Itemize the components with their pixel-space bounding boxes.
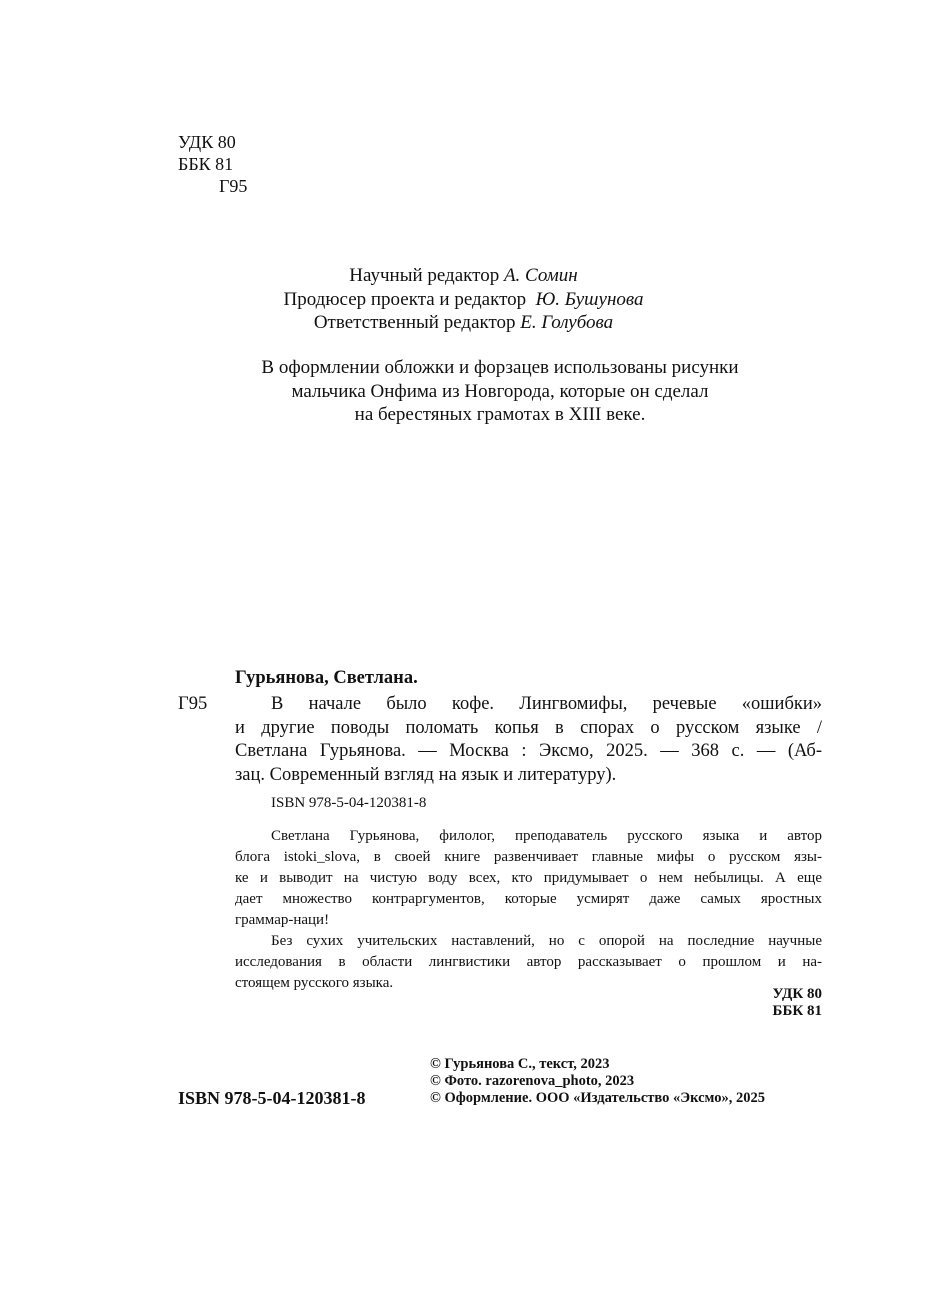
author-heading: Гурьянова, Светлана. xyxy=(235,668,418,689)
credit-role: Продюсер проекта и редактор xyxy=(284,289,536,310)
annotation: Светлана Гурьянова, филолог, преподавате… xyxy=(235,826,822,994)
credit-line: Ответственный редактор Е. Голубова xyxy=(0,311,927,335)
credit-role: Ответственный редактор xyxy=(314,312,520,333)
copyright-line: © Оформление. ООО «Издательство «Эксмо»,… xyxy=(430,1090,765,1107)
biblio-line: и другие поводы поломать копья в спорах … xyxy=(235,717,822,741)
editorial-credits: Научный редактор А. Сомин Продюсер проек… xyxy=(0,264,927,335)
cover-note-line: мальчика Онфима из Новгорода, которые он… xyxy=(0,380,927,404)
biblio-line: В начале было кофе. Лингвомифы, речевые … xyxy=(235,693,822,717)
credit-line: Научный редактор А. Сомин xyxy=(0,264,927,288)
annotation-line: граммар-наци! xyxy=(235,910,822,931)
annotation-line: ке и выводит на чистую воду всех, кто пр… xyxy=(235,868,822,889)
credit-name: Е. Голубова xyxy=(520,312,613,333)
udk-code: УДК 80 xyxy=(773,986,822,1003)
credit-name: Ю. Бушунова xyxy=(536,289,644,310)
cover-note: В оформлении обложки и форзацев использо… xyxy=(0,356,927,427)
cover-note-line: на берестяных грамотах в XIII веке. xyxy=(0,403,927,427)
annotation-line: Без сухих учительских наставлений, но с … xyxy=(235,931,822,952)
credit-line: Продюсер проекта и редактор Ю. Бушунова xyxy=(0,288,927,312)
isbn-footer: ISBN 978-5-04-120381-8 xyxy=(178,1088,366,1109)
copyright-line: © Фото. razorenova_photo, 2023 xyxy=(430,1073,765,1090)
biblio-line: Светлана Гурьянова. — Москва : Эксмо, 20… xyxy=(235,740,822,764)
credit-name: А. Сомин xyxy=(504,265,578,286)
author-mark-margin: Г95 xyxy=(178,694,207,715)
annotation-line: исследования в области лингвистики автор… xyxy=(235,952,822,973)
copyright-block: © Гурьянова С., текст, 2023 © Фото. razo… xyxy=(430,1056,765,1107)
classification-codes-right: УДК 80 ББК 81 xyxy=(773,986,822,1020)
bbk-code: ББК 81 xyxy=(178,153,247,175)
annotation-line: дает множество контраргументов, которые … xyxy=(235,889,822,910)
udk-code: УДК 80 xyxy=(178,131,247,153)
biblio-line: зац. Современный взгляд на язык и литера… xyxy=(235,764,822,788)
annotation-line: Светлана Гурьянова, филолог, преподавате… xyxy=(235,826,822,847)
credit-role: Научный редактор xyxy=(349,265,504,286)
author-mark: Г95 xyxy=(178,175,247,197)
annotation-line: блога istoki_slova, в своей книге развен… xyxy=(235,847,822,868)
isbn-record: ISBN 978-5-04-120381-8 xyxy=(271,795,426,812)
classification-block: УДК 80 ББК 81 Г95 xyxy=(178,131,247,197)
annotation-line: стоящем русского языка. xyxy=(235,973,822,994)
bibliographic-description: В начале было кофе. Лингвомифы, речевые … xyxy=(235,693,822,787)
cover-note-line: В оформлении обложки и форзацев использо… xyxy=(0,356,927,380)
bbk-code: ББК 81 xyxy=(773,1003,822,1020)
copyright-line: © Гурьянова С., текст, 2023 xyxy=(430,1056,765,1073)
